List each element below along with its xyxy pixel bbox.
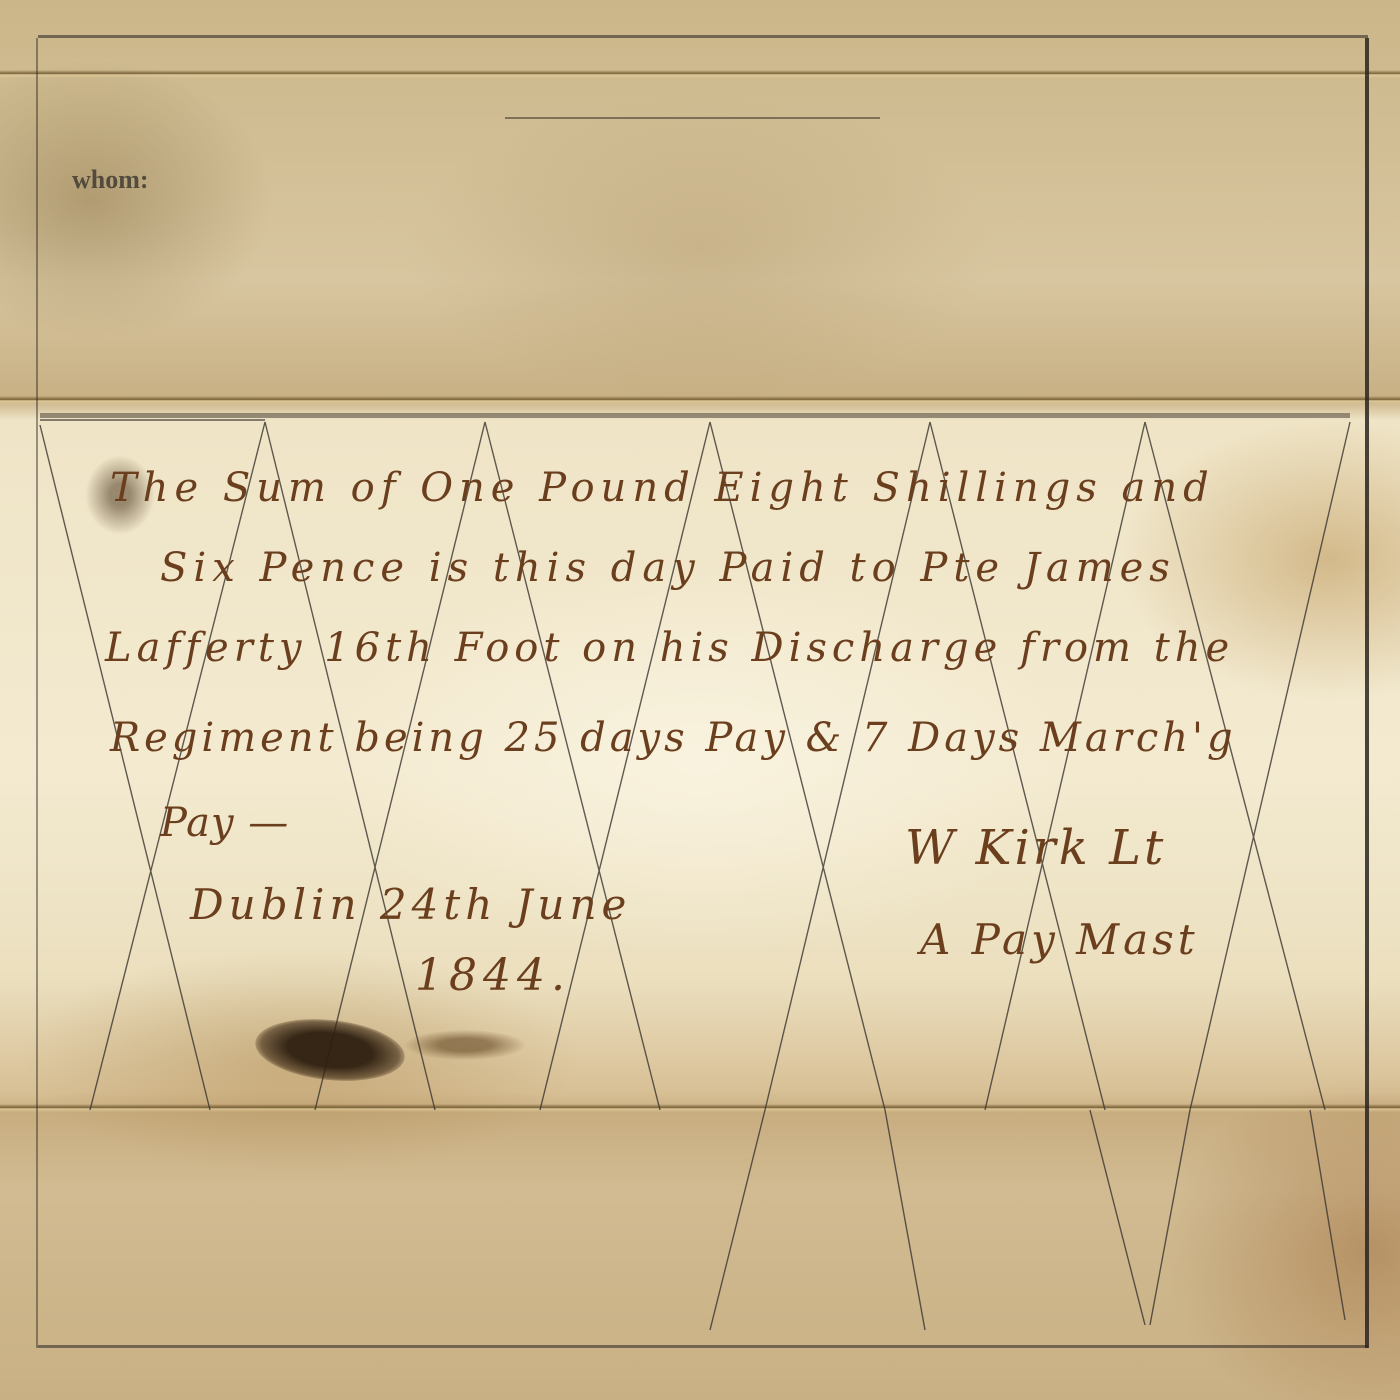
receipt-line-5: Pay — bbox=[160, 800, 289, 846]
receipt-line-3: Lafferty 16th Foot on his Discharge from… bbox=[105, 625, 1234, 671]
scanned-document: whom: The Sum of One Pound E bbox=[0, 0, 1400, 1400]
date-year: 1844. bbox=[415, 950, 571, 1001]
signature-title: A Pay Mast bbox=[920, 915, 1199, 964]
receipt-line-4: Regiment being 25 days Pay & 7 Days Marc… bbox=[110, 715, 1237, 761]
receipt-line-2: Six Pence is this day Paid to Pte James bbox=[160, 545, 1176, 591]
place-date: Dublin 24th June bbox=[190, 880, 631, 929]
ink-smudge-stain bbox=[405, 1030, 525, 1060]
signature-name: W Kirk Lt bbox=[905, 820, 1166, 876]
pencil-cancellation-lines bbox=[0, 0, 1400, 1400]
receipt-line-1: The Sum of One Pound Eight Shillings and bbox=[110, 465, 1215, 511]
